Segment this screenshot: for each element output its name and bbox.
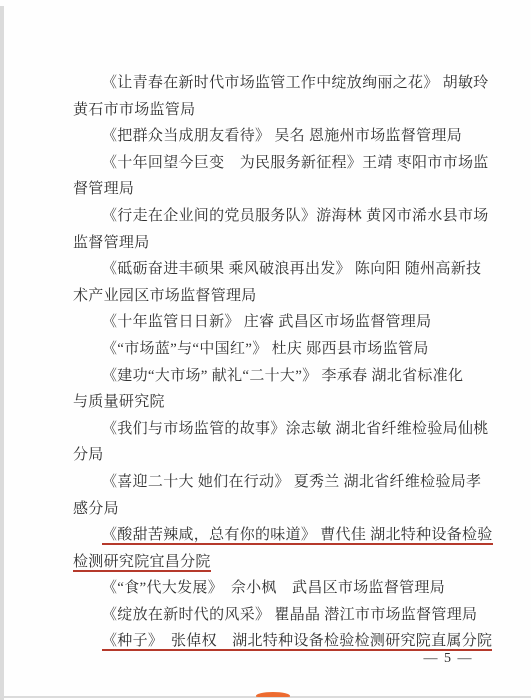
document-line: 《“市场蓝”与“中国红”》 杜庆 郧西县市场监管局 [73, 336, 525, 363]
document-line: 与质量研究院 [73, 389, 525, 416]
document-line: 术产业园区市场监督管理局 [73, 283, 525, 310]
line-text: 《“市场蓝”与“中国红”》 杜庆 郧西县市场监管局 [102, 341, 429, 357]
document-line: 《“食”代大发展》 佘小枫 武昌区市场监督管理局 [73, 575, 525, 602]
document-line: 《十年回望今巨变 为民服务新征程》王靖 枣阳市市场监 [73, 150, 525, 177]
line-text: 与质量研究院 [73, 394, 165, 410]
document-line: 监督管理局 [73, 230, 525, 257]
document-line: 检测研究院宜昌分院 [73, 549, 525, 576]
document-line: 《砥砺奋进丰硕果 乘风破浪再出发》 陈向阳 随州高新技 [73, 256, 525, 283]
document-line: 《绽放在新时代的风采》 瞿晶晶 潜江市市场监督管理局 [73, 602, 525, 629]
document-line: 《让青春在新时代市场监管工作中绽放绚丽之花》 胡敏玲 [73, 70, 525, 97]
line-text: 《喜迎二十大 她们在行动》 夏秀兰 湖北省纤维检验局孝 [102, 474, 481, 490]
document-page: 《让青春在新时代市场监管工作中绽放绚丽之花》 胡敏玲 黄石市市场监管局 《把群众… [0, 0, 531, 700]
line-text: 督管理局 [73, 181, 134, 197]
document-line: 分局 [73, 442, 525, 469]
document-line: 《十年监管日日新》 庄睿 武昌区市场监督管理局 [73, 309, 525, 336]
document-line: 《把群众当成朋友看待》 吴名 恩施州市场监督管理局 [73, 123, 525, 150]
line-text: 《“食”代大发展》 佘小枫 武昌区市场监督管理局 [102, 580, 445, 596]
line-text: 《行走在企业间的党员服务队》游海林 黄冈市浠水县市场 [102, 208, 489, 224]
body-text: 《让青春在新时代市场监管工作中绽放绚丽之花》 胡敏玲 黄石市市场监管局 《把群众… [73, 70, 525, 655]
line-text: 《建功“大市场” 献礼“二十大”》 李承春 湖北省标准化 [102, 368, 463, 384]
line-text: 感分局 [73, 501, 119, 517]
document-line: 《喜迎二十大 她们在行动》 夏秀兰 湖北省纤维检验局孝 [73, 469, 525, 496]
line-text: 《十年回望今巨变 为民服务新征程》王靖 枣阳市市场监 [102, 155, 489, 171]
line-text: 《把群众当成朋友看待》 吴名 恩施州市场监督管理局 [102, 128, 462, 144]
document-line: 督管理局 [73, 176, 525, 203]
page-left-edge [0, 6, 4, 700]
line-text: 《砥砺奋进丰硕果 乘风破浪再出发》 陈向阳 随州高新技 [102, 261, 481, 277]
document-line: 黄石市市场监管局 [73, 97, 525, 124]
line-text: 分局 [73, 447, 104, 463]
line-text: 《绽放在新时代的风采》 瞿晶晶 潜江市市场监督管理局 [102, 607, 477, 623]
document-line: 《建功“大市场” 献礼“二十大”》 李承春 湖北省标准化 [73, 363, 525, 390]
line-text: 监督管理局 [73, 235, 150, 251]
next-page-peek-mark [256, 692, 290, 697]
line-text: 《我们与市场监管的故事》涂志敏 湖北省纤维检验局仙桃 [102, 421, 489, 437]
line-text: 《种子》 张倬权 湖北特种设备检验检测研究院直属分院 [102, 633, 492, 651]
line-text: 术产业园区市场监督管理局 [73, 288, 257, 304]
line-text: 《十年监管日日新》 庄睿 武昌区市场监督管理局 [102, 314, 431, 330]
document-line: 《我们与市场监管的故事》涂志敏 湖北省纤维检验局仙桃 [73, 416, 525, 443]
document-line: 《酸甜苦辣咸，总有你的味道》 曹代佳 湖北特种设备检验 [73, 522, 525, 549]
document-line: 感分局 [73, 496, 525, 523]
line-text: 《让青春在新时代市场监管工作中绽放绚丽之花》 胡敏玲 [102, 75, 489, 91]
line-text: 《酸甜苦辣咸，总有你的味道》 曹代佳 湖北特种设备检验 [102, 527, 493, 545]
document-line: 《行走在企业间的党员服务队》游海林 黄冈市浠水县市场 [73, 203, 525, 230]
line-text: 检测研究院宜昌分院 [73, 554, 211, 572]
line-text: 黄石市市场监管局 [73, 102, 195, 118]
page-number: — 5 — [424, 651, 474, 667]
